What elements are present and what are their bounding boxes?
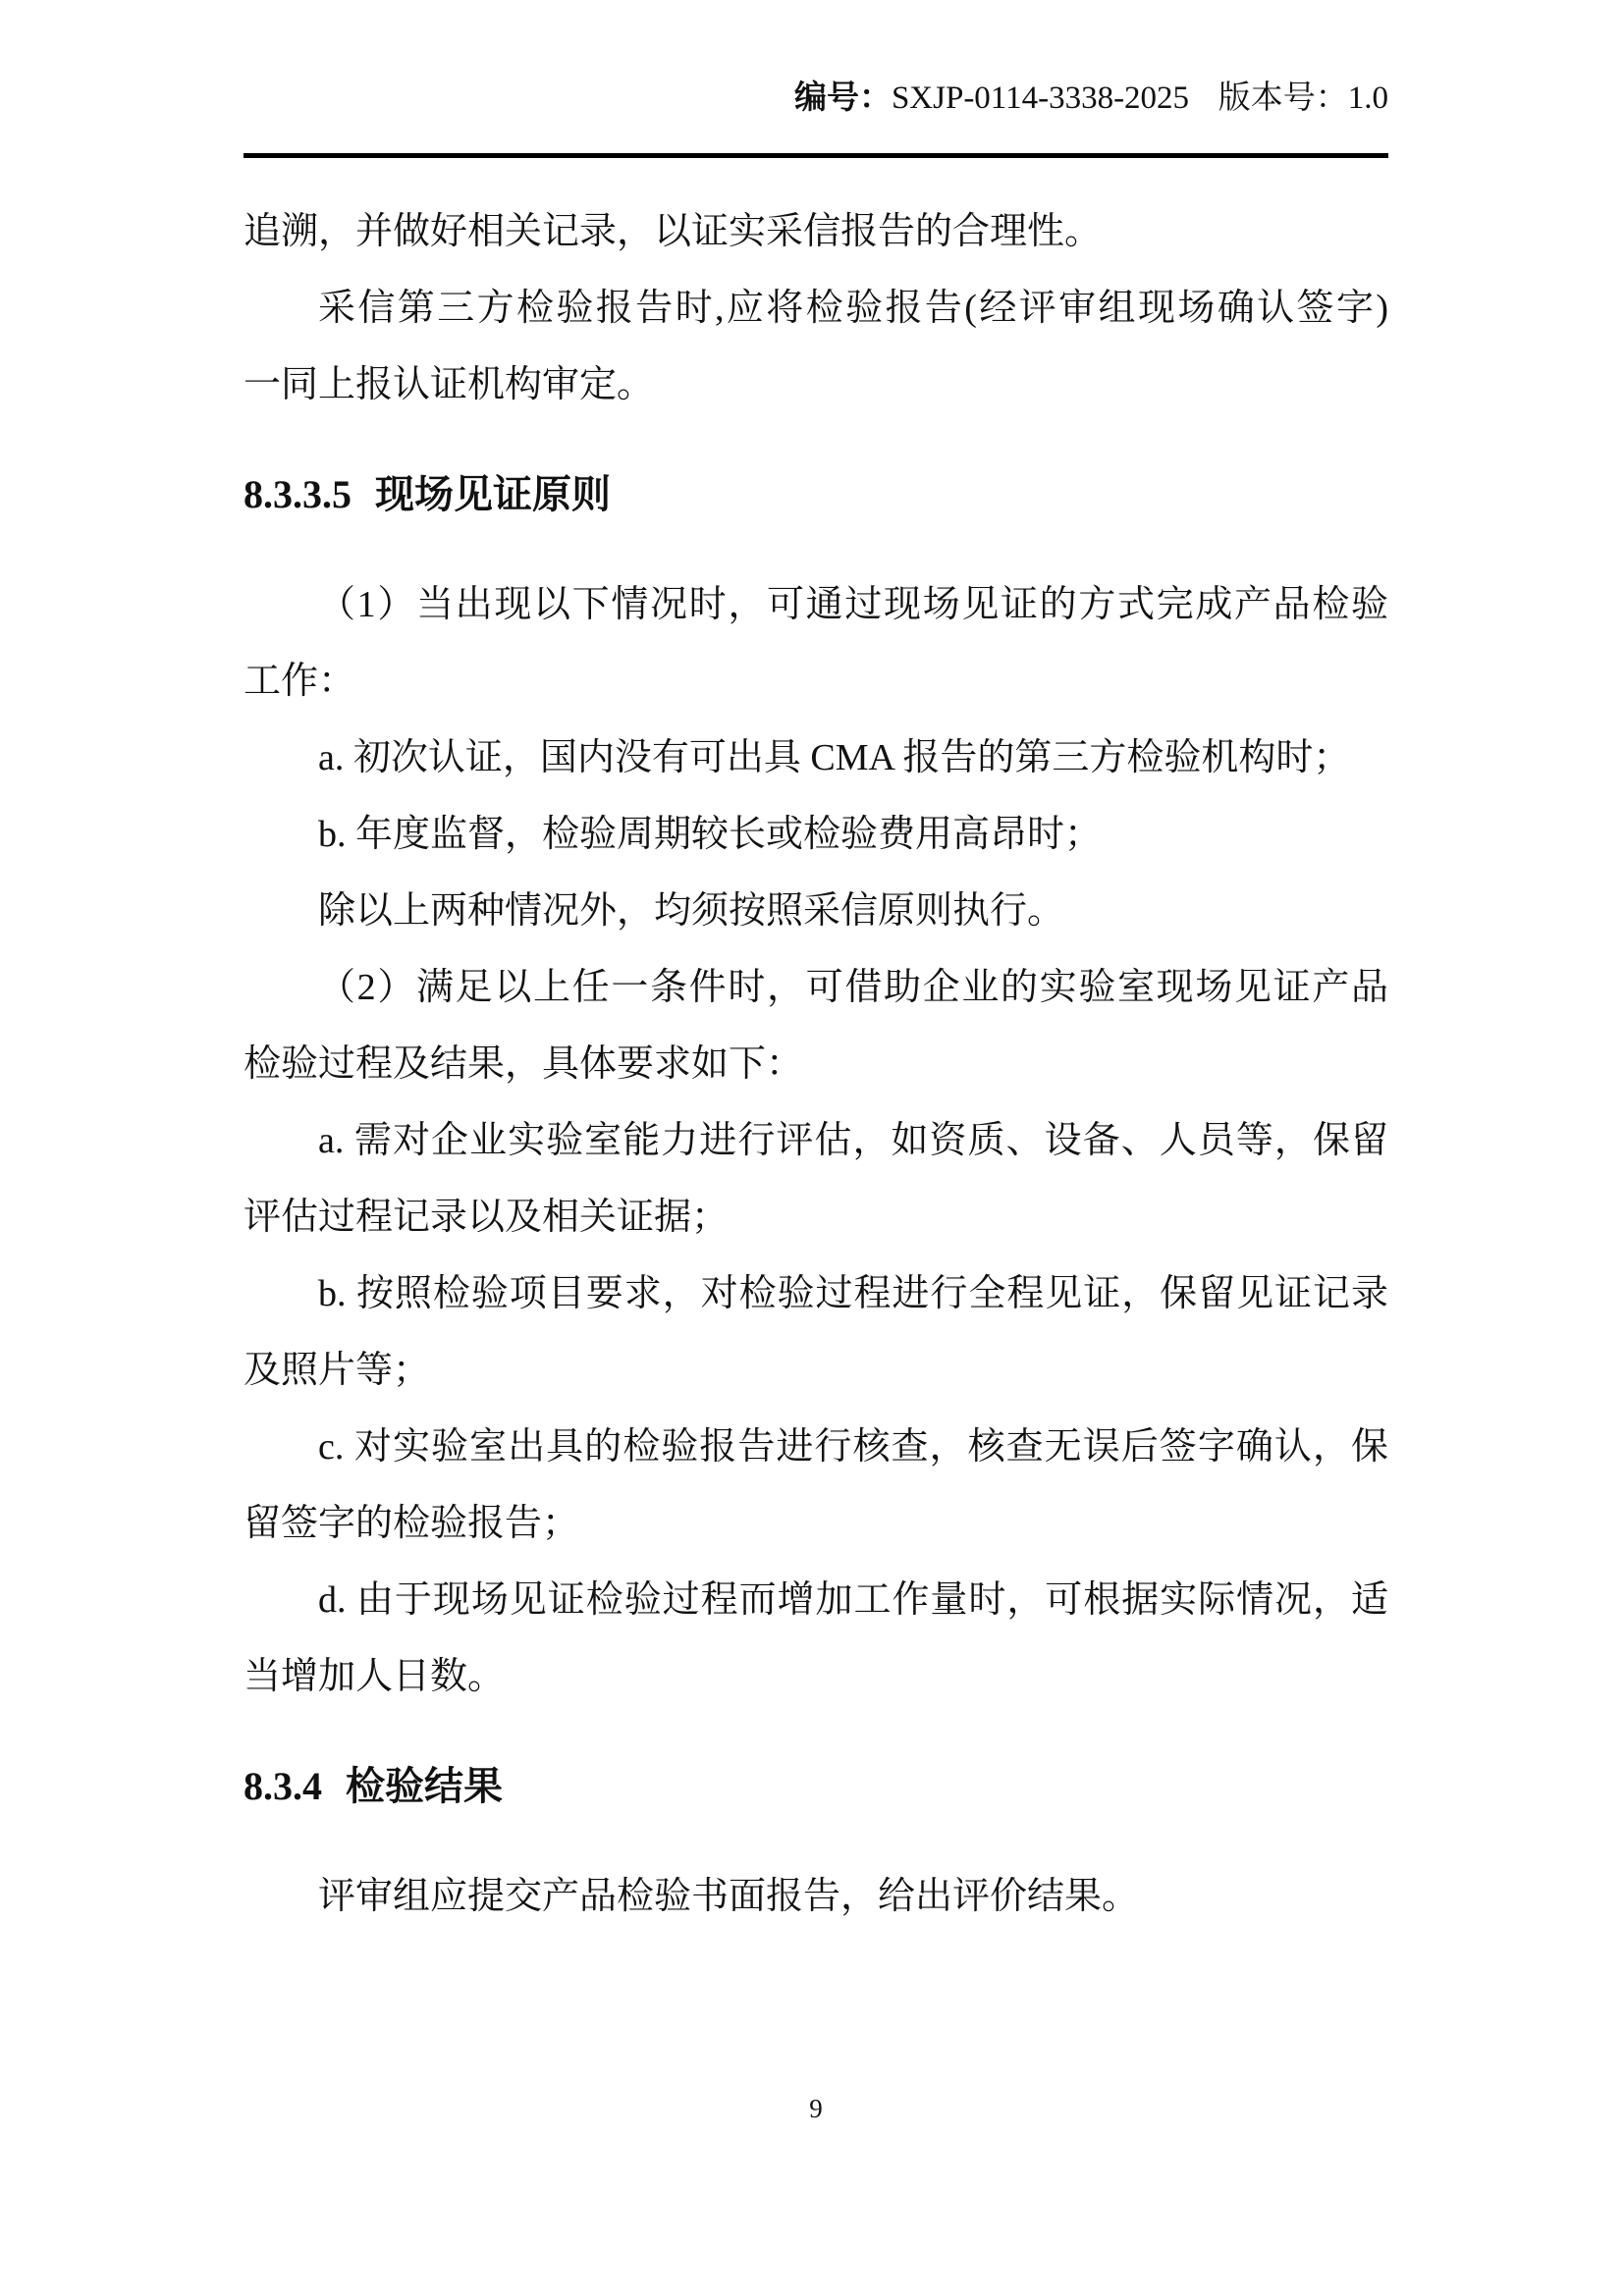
para-condition-2d: d. 由于现场见证检验过程而增加工作量时，可根据实际情况，适当增加人日数。	[244, 1562, 1388, 1715]
paragraph-line: （1）当出现以下情况时，可通过现场见证的方式完成产品检验	[244, 566, 1388, 643]
para-condition-1: （1）当出现以下情况时，可通过现场见证的方式完成产品检验工作：	[244, 566, 1388, 720]
paragraph-line: 一同上报认证机构审定。	[244, 347, 1388, 423]
paragraph-line: 评审组应提交产品检验书面报告，给出评价结果。	[244, 1858, 1388, 1935]
para-condition-2: （2）满足以上任一条件时，可借助企业的实验室现场见证产品检验过程及结果，具体要求…	[244, 949, 1388, 1102]
paragraph-line: 当增加人日数。	[244, 1638, 1388, 1715]
doc-code-value: SXJP-0114-3338-2025	[892, 80, 1189, 116]
doc-version-value: 1.0	[1348, 80, 1388, 116]
page-header: 编号：SXJP-0114-3338-2025版本号：1.0	[244, 75, 1388, 122]
para-condition-1a: a. 初次认证，国内没有可出具 CMA 报告的第三方检验机构时；	[244, 720, 1388, 796]
para-condition-2a: a. 需对企业实验室能力进行评估，如资质、设备、人员等，保留评估过程记录以及相关…	[244, 1102, 1388, 1255]
document-body: 追溯，并做好相关记录，以证实采信报告的合理性。采信第三方检验报告时,应将检验报告…	[244, 193, 1388, 1935]
paragraph-line: （2）满足以上任一条件时，可借助企业的实验室现场见证产品	[244, 949, 1388, 1026]
paragraph-line: c. 对实验室出具的检验报告进行核查，核查无误后签字确认，保	[244, 1409, 1388, 1485]
paragraph-line: 追溯，并做好相关记录，以证实采信报告的合理性。	[244, 193, 1388, 270]
paragraph-line: 及照片等；	[244, 1332, 1388, 1409]
paragraph-line: 评估过程记录以及相关证据；	[244, 1179, 1388, 1255]
paragraph-line: a. 初次认证，国内没有可出具 CMA 报告的第三方检验机构时；	[244, 720, 1388, 796]
heading-8-3-4: 8.3.4检验结果	[244, 1748, 1388, 1825]
page-number: 9	[809, 2094, 823, 2123]
paragraph-line: 工作：	[244, 643, 1388, 720]
para-condition-2b: b. 按照检验项目要求，对检验过程进行全程见证，保留见证记录及照片等；	[244, 1255, 1388, 1409]
paragraph-line: 除以上两种情况外，均须按照采信原则执行。	[244, 873, 1388, 949]
para-third-party-report: 采信第三方检验报告时,应将检验报告(经评审组现场确认签字)一同上报认证机构审定。	[244, 270, 1388, 423]
para-traceability-continuation: 追溯，并做好相关记录，以证实采信报告的合理性。	[244, 193, 1388, 270]
paragraph-line: b. 年度监督，检验周期较长或检验费用高昂时；	[244, 796, 1388, 873]
heading-8-3-3-5: 8.3.3.5现场见证原则	[244, 456, 1388, 533]
paragraph-line: 检验过程及结果，具体要求如下：	[244, 1026, 1388, 1102]
para-inspection-result: 评审组应提交产品检验书面报告，给出评价结果。	[244, 1858, 1388, 1935]
document-page: 编号：SXJP-0114-3338-2025版本号：1.0 追溯，并做好相关记录…	[0, 0, 1624, 2296]
para-condition-2c: c. 对实验室出具的检验报告进行核查，核查无误后签字确认，保留签字的检验报告；	[244, 1409, 1388, 1562]
paragraph-line: 采信第三方检验报告时,应将检验报告(经评审组现场确认签字)	[244, 270, 1388, 347]
header-divider-rule	[244, 153, 1388, 158]
heading-number: 8.3.3.5	[244, 472, 352, 516]
para-condition-1-note: 除以上两种情况外，均须按照采信原则执行。	[244, 873, 1388, 949]
heading-title: 现场见证原则	[375, 472, 611, 516]
paragraph-line: b. 按照检验项目要求，对检验过程进行全程见证，保留见证记录	[244, 1255, 1388, 1332]
heading-title: 检验结果	[346, 1764, 503, 1808]
paragraph-line: a. 需对企业实验室能力进行评估，如资质、设备、人员等，保留	[244, 1102, 1388, 1179]
paragraph-line: 留签字的检验报告；	[244, 1485, 1388, 1562]
doc-code-label: 编号：	[794, 80, 892, 116]
doc-version-label: 版本号：	[1218, 80, 1348, 116]
paragraph-line: d. 由于现场见证检验过程而增加工作量时，可根据实际情况，适	[244, 1562, 1388, 1638]
heading-number: 8.3.4	[244, 1764, 322, 1808]
page-footer: 9	[244, 2089, 1388, 2128]
para-condition-1b: b. 年度监督，检验周期较长或检验费用高昂时；	[244, 796, 1388, 873]
